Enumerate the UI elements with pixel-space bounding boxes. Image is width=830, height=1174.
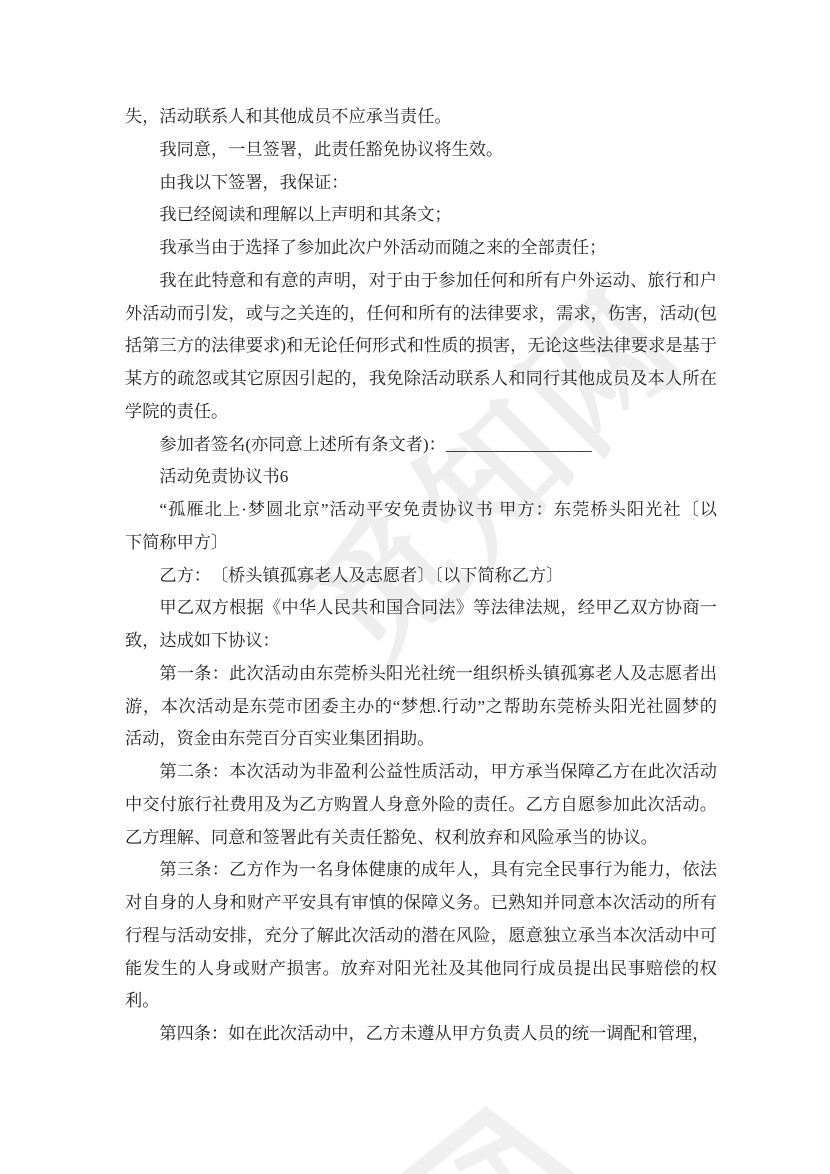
doc-line: 游，本次活动是东莞市团委主办的“梦想.行动”之帮助东莞桥头阳光社圆梦的 <box>125 691 717 724</box>
doc-line-section-title: 活动免责协议书6 <box>125 461 717 494</box>
doc-line: “孤雁北上·梦圆北京”活动平安免责协议书 甲方：东莞桥头阳光社〔以 <box>125 494 717 527</box>
watermark-triangle-logo <box>398 1098 608 1174</box>
doc-line: 括第三方的法律要求)和无论任何形式和性质的损害，无论这些法律要求是基于 <box>125 330 717 363</box>
doc-line: 利。 <box>125 985 717 1018</box>
doc-line: 中交付旅行社费用及为乙方购置人身意外险的责任。乙方自愿参加此次活动。 <box>125 789 717 822</box>
doc-line: 乙方理解、同意和签署此有关责任豁免、权利放弃和风险承当的协议。 <box>125 822 717 855</box>
doc-line: 第三条：乙方作为一名身体健康的成年人，具有完全民事行为能力，依法 <box>125 854 717 887</box>
doc-line: 我在此特意和有意的声明，对于由于参加任何和所有户外运动、旅行和户 <box>125 265 717 298</box>
doc-line: 下简称甲方〕 <box>125 527 717 560</box>
doc-line: 第一条：此次活动由东莞桥头阳光社统一组织桥头镇孤寡老人及志愿者出 <box>125 658 717 691</box>
doc-line: 我同意，一旦签署，此责任豁免协议将生效。 <box>125 134 717 167</box>
doc-line: 乙方： 〔桥头镇孤寡老人及志愿者〕〔以下简称乙方〕 <box>125 560 717 593</box>
doc-line-signature: 参加者签名(亦同意上述所有条文者)：_________________ <box>125 429 717 462</box>
doc-line: 由我以下签署，我保证： <box>125 167 717 200</box>
doc-line: 致，达成如下协议： <box>125 625 717 658</box>
doc-line: 第二条：本次活动为非盈利公益性质活动，甲方承当保障乙方在此次活动 <box>125 756 717 789</box>
doc-line: 甲乙双方根据《中华人民共和国合同法》等法律法规，经甲乙双方协商一 <box>125 592 717 625</box>
doc-line: 我已经阅读和理解以上声明和其条文； <box>125 199 717 232</box>
doc-line: 能发生的人身或财产损害。放弃对阳光社及其他同行成员提出民事赔偿的权 <box>125 953 717 986</box>
document-page: 觅知网 失，活动联系人和其他成员不应承当责任。 我同意，一旦签署，此责任豁免协议… <box>0 0 830 1174</box>
doc-line: 某方的疏忽或其它原因引起的，我免除活动联系人和同行其他成员及本人所在 <box>125 363 717 396</box>
doc-line: 第四条：如在此次活动中，乙方未遵从甲方负责人员的统一调配和管理， <box>125 1018 717 1051</box>
doc-line: 学院的责任。 <box>125 396 717 429</box>
doc-line: 失，活动联系人和其他成员不应承当责任。 <box>125 101 717 134</box>
doc-line: 行程与活动安排，充分了解此次活动的潜在风险，愿意独立承当本次活动中可 <box>125 920 717 953</box>
doc-line: 对自身的人身和财产平安具有审慎的保障义务。已熟知并同意本次活动的所有 <box>125 887 717 920</box>
doc-line: 活动，资金由东莞百分百实业集团捐助。 <box>125 723 717 756</box>
doc-line: 外活动而引发，或与之关连的，任何和所有的法律要求，需求，伤害，活动(包 <box>125 298 717 331</box>
doc-line: 我承当由于选择了参加此次户外活动而随之来的全部责任； <box>125 232 717 265</box>
document-body: 失，活动联系人和其他成员不应承当责任。 我同意，一旦签署，此责任豁免协议将生效。… <box>125 101 717 1051</box>
